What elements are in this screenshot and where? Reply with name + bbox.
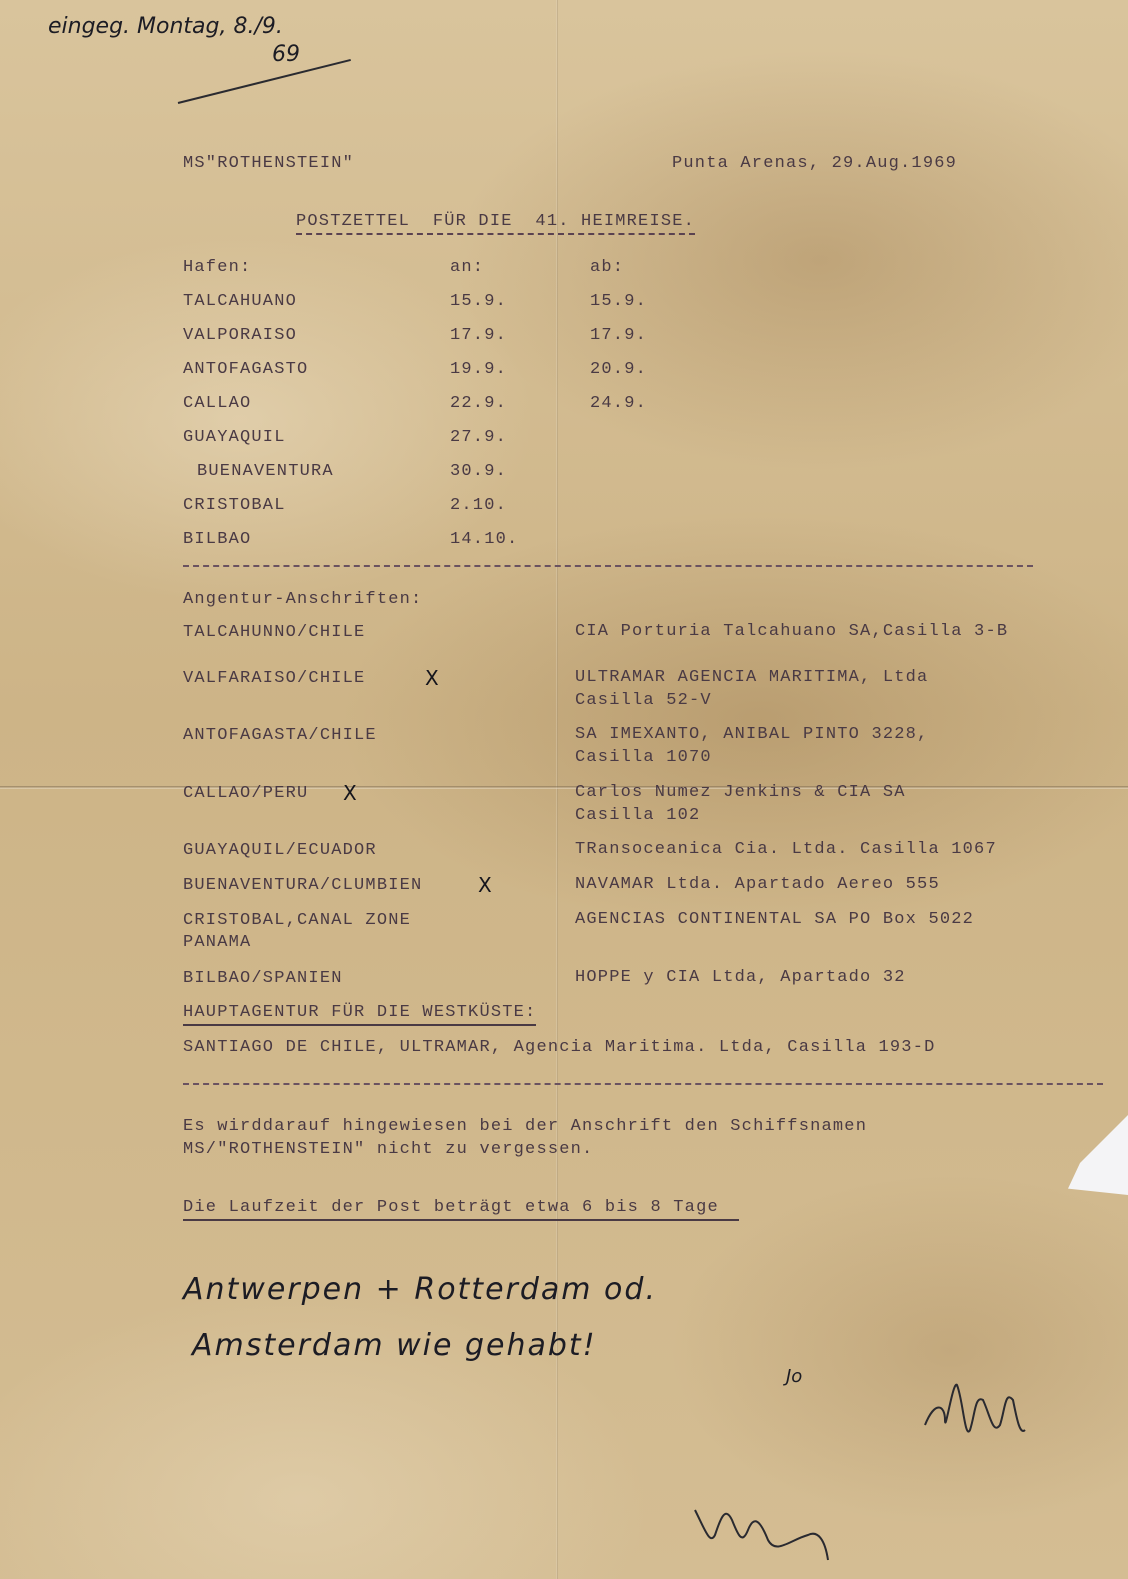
received-note: eingeg. Montag, 8./9.: [48, 14, 283, 39]
column-header: Hafen:: [183, 258, 251, 277]
arrival-date: 15.9.: [450, 292, 507, 311]
main-agency-address: SANTIAGO DE CHILE, ULTRAMAR, Agencia Mar…: [183, 1038, 936, 1057]
notice-line-2: MS/"ROTHENSTEIN" nicht zu vergessen.: [183, 1140, 593, 1159]
port-name: GUAYAQUIL: [183, 428, 286, 447]
arrival-date: 22.9.: [450, 394, 507, 413]
paper-tear: [1068, 1115, 1128, 1195]
agency-address-line: Casilla 52-V: [575, 691, 712, 710]
main-agency-heading: HAUPTAGENTUR FÜR DIE WESTKÜSTE:: [183, 1003, 536, 1026]
agency-address-line: Casilla 102: [575, 806, 700, 825]
port-name: BILBAO: [183, 530, 251, 549]
port-name: TALCAHUANO: [183, 292, 297, 311]
agency-address-line: SA IMEXANTO, ANIBAL PINTO 3228,: [575, 725, 928, 744]
handwritten-check-mark-icon: X: [478, 873, 492, 897]
agency-address-line: AGENCIAS CONTINENTAL SA PO Box 5022: [575, 910, 974, 929]
paper-fold-horizontal: [0, 786, 1128, 789]
agencies-heading: Angentur-Anschriften:: [183, 590, 422, 609]
handwritten-note-line-2: Amsterdam wie gehabt!: [192, 1328, 597, 1363]
signature-scribble: [690, 1500, 850, 1570]
agency-place: GUAYAQUIL/ECUADOR: [183, 840, 377, 862]
port-name: ANTOFAGASTO: [183, 360, 308, 379]
divider: [183, 565, 1033, 567]
arrival-date: 14.10.: [450, 530, 518, 549]
agency-address-line: TRansoceanica Cia. Ltda. Casilla 1067: [575, 840, 997, 859]
arrival-date: 2.10.: [450, 496, 507, 515]
agency-place: CRISTOBAL,CANAL ZONE PANAMA: [183, 910, 411, 954]
ship-name: MS"ROTHENSTEIN": [183, 154, 354, 173]
handwritten-note-line-1: Antwerpen + Rotterdam od.: [183, 1272, 657, 1307]
port-name: CALLAO: [183, 394, 251, 413]
handwritten-check-mark-icon: X: [343, 781, 357, 805]
agency-address-line: NAVAMAR Ltda. Apartado Aereo 555: [575, 875, 940, 894]
document-title: POSTZETTEL FÜR DIE 41. HEIMREISE.: [296, 212, 695, 235]
arrival-date: 30.9.: [450, 462, 507, 481]
agency-place: BILBAO/SPANIEN: [183, 968, 343, 990]
agency-address-line: ULTRAMAR AGENCIA MARITIMA, Ltda: [575, 668, 928, 687]
agency-place: TALCAHUNNO/CHILE: [183, 622, 365, 644]
handwritten-check-mark-icon: X: [425, 666, 439, 690]
handwritten-initials: Jo: [786, 1366, 802, 1387]
pen-stroke: [178, 59, 351, 104]
agency-place: BUENAVENTURA/CLUMBIEN: [183, 875, 422, 897]
port-name: VALPORAISO: [183, 326, 297, 345]
agency-address-line: HOPPE y CIA Ltda, Apartado 32: [575, 968, 906, 987]
place-date: Punta Arenas, 29.Aug.1969: [672, 154, 957, 173]
departure-date: 15.9.: [590, 292, 647, 311]
port-name: BUENAVENTURA: [197, 462, 334, 481]
arrival-date: 17.9.: [450, 326, 507, 345]
arrival-date: 27.9.: [450, 428, 507, 447]
divider: [183, 1083, 1103, 1085]
agency-address-line: Carlos Numez Jenkins & CIA SA: [575, 783, 906, 802]
transit-time-note: Die Laufzeit der Post beträgt etwa 6 bis…: [183, 1198, 739, 1221]
agency-place: VALFARAISO/CHILE: [183, 668, 365, 690]
arrival-date: 19.9.: [450, 360, 507, 379]
column-header: ab:: [590, 258, 624, 277]
port-name: CRISTOBAL: [183, 496, 286, 515]
agency-place: CALLAO/PERU: [183, 783, 308, 805]
departure-date: 20.9.: [590, 360, 647, 379]
agency-place: ANTOFAGASTA/CHILE: [183, 725, 377, 747]
signature: [905, 1380, 1065, 1460]
agency-address-line: Casilla 1070: [575, 748, 712, 767]
departure-date: 17.9.: [590, 326, 647, 345]
column-header: an:: [450, 258, 484, 277]
agency-address-line: CIA Porturia Talcahuano SA,Casilla 3-B: [575, 622, 1008, 641]
departure-date: 24.9.: [590, 394, 647, 413]
received-year: 69: [272, 42, 300, 67]
notice-line-1: Es wirddarauf hingewiesen bei der Anschr…: [183, 1117, 867, 1136]
